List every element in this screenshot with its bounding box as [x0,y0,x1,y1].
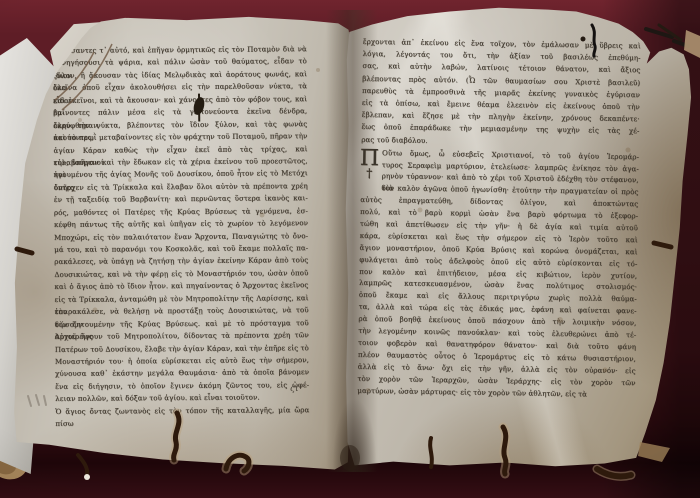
right-page-text: ἔρχονται ἀπ᾽ ἐκείνου εἰς ἕνα τοῖχον, τὸν… [357,36,641,402]
left-paragraph-b: Ὁ ἅγιος ὄντας ζωντανὸς εἰς τὸν τόπον τῆς… [55,404,309,418]
right-paragraph-2: Π † Οὕτω ὅμως, ὦ εὐσεβεῖς Χριστιανοί, τὸ… [357,148,639,402]
text-line: Ὁ ἅγιος ὄντας ζωντανὸς εἰς τὸν τόπον τῆς… [55,404,309,418]
right-paragraph-1: ἔρχονται ἀπ᾽ ἐκείνου εἰς ἕνα τοῖχον, τὸν… [361,36,641,150]
book-photo: ἀκούσαντες τ᾽ αὐτό, καὶ ἐπῆγαν ὁρμητικῶς… [0,0,700,498]
right-page: 13 ἔρχονται ἀπ᾽ ἐκείνου εἰς ἕνα τοῖχον, … [344,4,696,470]
left-page: ἀκούσαντες τ᾽ αὐτό, καὶ ἐπῆγαν ὁρμητικῶς… [8,16,352,476]
left-paragraph-a: ἀκούσαντες τ᾽ αὐτό, καὶ ἐπῆγαν ὁρμητικῶς… [53,43,310,405]
quire-signature-mark: ϛι [290,384,299,394]
left-page-text: ἀκούσαντες τ᾽ αὐτό, καὶ ἐπῆγαν ὁρμητικῶς… [53,43,310,418]
